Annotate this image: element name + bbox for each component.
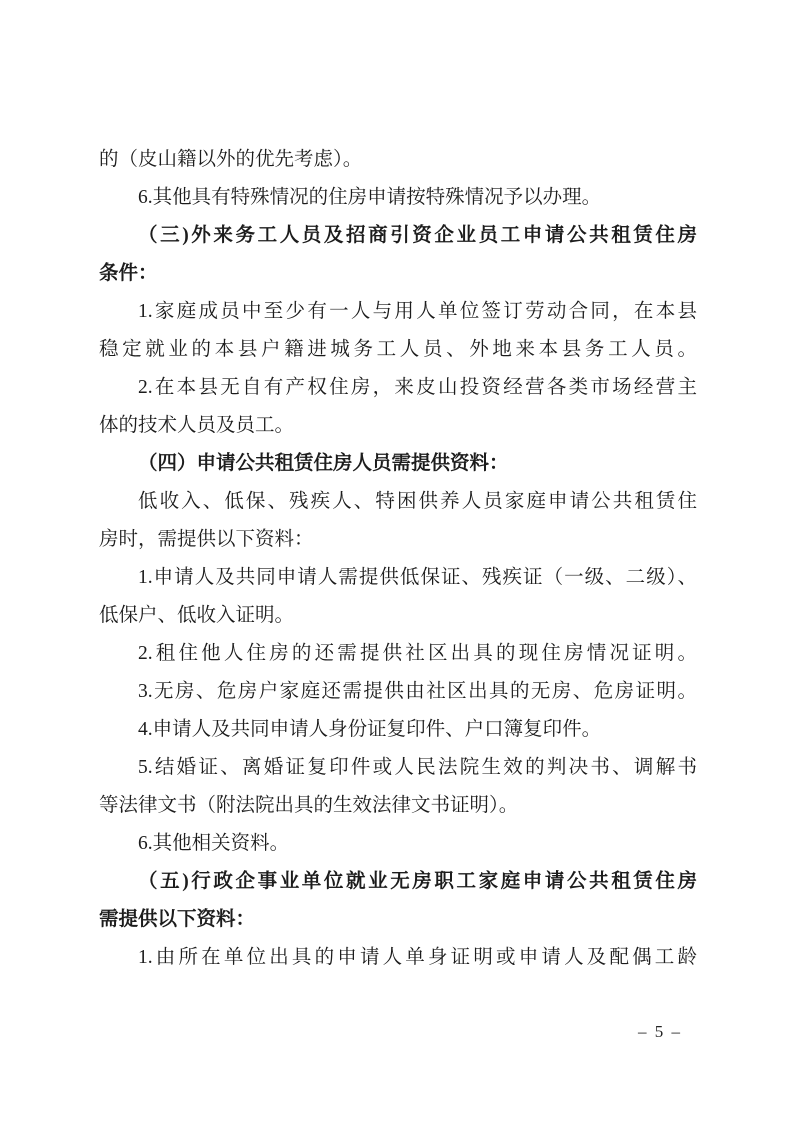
- document-line: 房时，需提供以下资料：: [99, 521, 697, 559]
- document-page: 的（皮山籍以外的优先考虑）。6.其他具有特殊情况的住房申请按特殊情况予以办理。（…: [0, 0, 793, 1122]
- page-number: – 5 –: [638, 1022, 682, 1042]
- document-text-block: 的（皮山籍以外的优先考虑）。6.其他具有特殊情况的住房申请按特殊情况予以办理。（…: [99, 141, 697, 977]
- document-line: 2.租住他人住房的还需提供社区出具的现住房情况证明。: [99, 635, 697, 673]
- document-line: 条件：: [99, 255, 697, 293]
- document-line: 6.其他相关资料。: [99, 825, 697, 863]
- document-line: 稳定就业的本县户籍进城务工人员、外地来本县务工人员。: [99, 331, 697, 369]
- document-line: 的（皮山籍以外的优先考虑）。: [99, 141, 697, 179]
- document-line: （五)行政企事业单位就业无房职工家庭申请公共租赁住房: [99, 863, 697, 901]
- document-line: （三)外来务工人员及招商引资企业员工申请公共租赁住房: [99, 217, 697, 255]
- document-line: 低保户、低收入证明。: [99, 597, 697, 635]
- document-line: 5.结婚证、离婚证复印件或人民法院生效的判决书、调解书: [99, 749, 697, 787]
- document-line: 6.其他具有特殊情况的住房申请按特殊情况予以办理。: [99, 179, 697, 217]
- document-line: 需提供以下资料：: [99, 901, 697, 939]
- document-line: 低收入、低保、残疾人、特困供养人员家庭申请公共租赁住: [99, 483, 697, 521]
- document-line: 等法律文书（附法院出具的生效法律文书证明）。: [99, 787, 697, 825]
- document-line: 1.由所在单位出具的申请人单身证明或申请人及配偶工龄: [99, 939, 697, 977]
- document-line: 2.在本县无自有产权住房，来皮山投资经营各类市场经营主: [99, 369, 697, 407]
- document-line: 4.申请人及共同申请人身份证复印件、户口簿复印件。: [99, 711, 697, 749]
- document-line: 1.申请人及共同申请人需提供低保证、残疾证（一级、二级）、: [99, 559, 697, 597]
- document-line: 1.家庭成员中至少有一人与用人单位签订劳动合同，在本县: [99, 293, 697, 331]
- document-line: 体的技术人员及员工。: [99, 407, 697, 445]
- document-line: 3.无房、危房户家庭还需提供由社区出具的无房、危房证明。: [99, 673, 697, 711]
- document-line: （四）申请公共租赁住房人员需提供资料：: [99, 445, 697, 483]
